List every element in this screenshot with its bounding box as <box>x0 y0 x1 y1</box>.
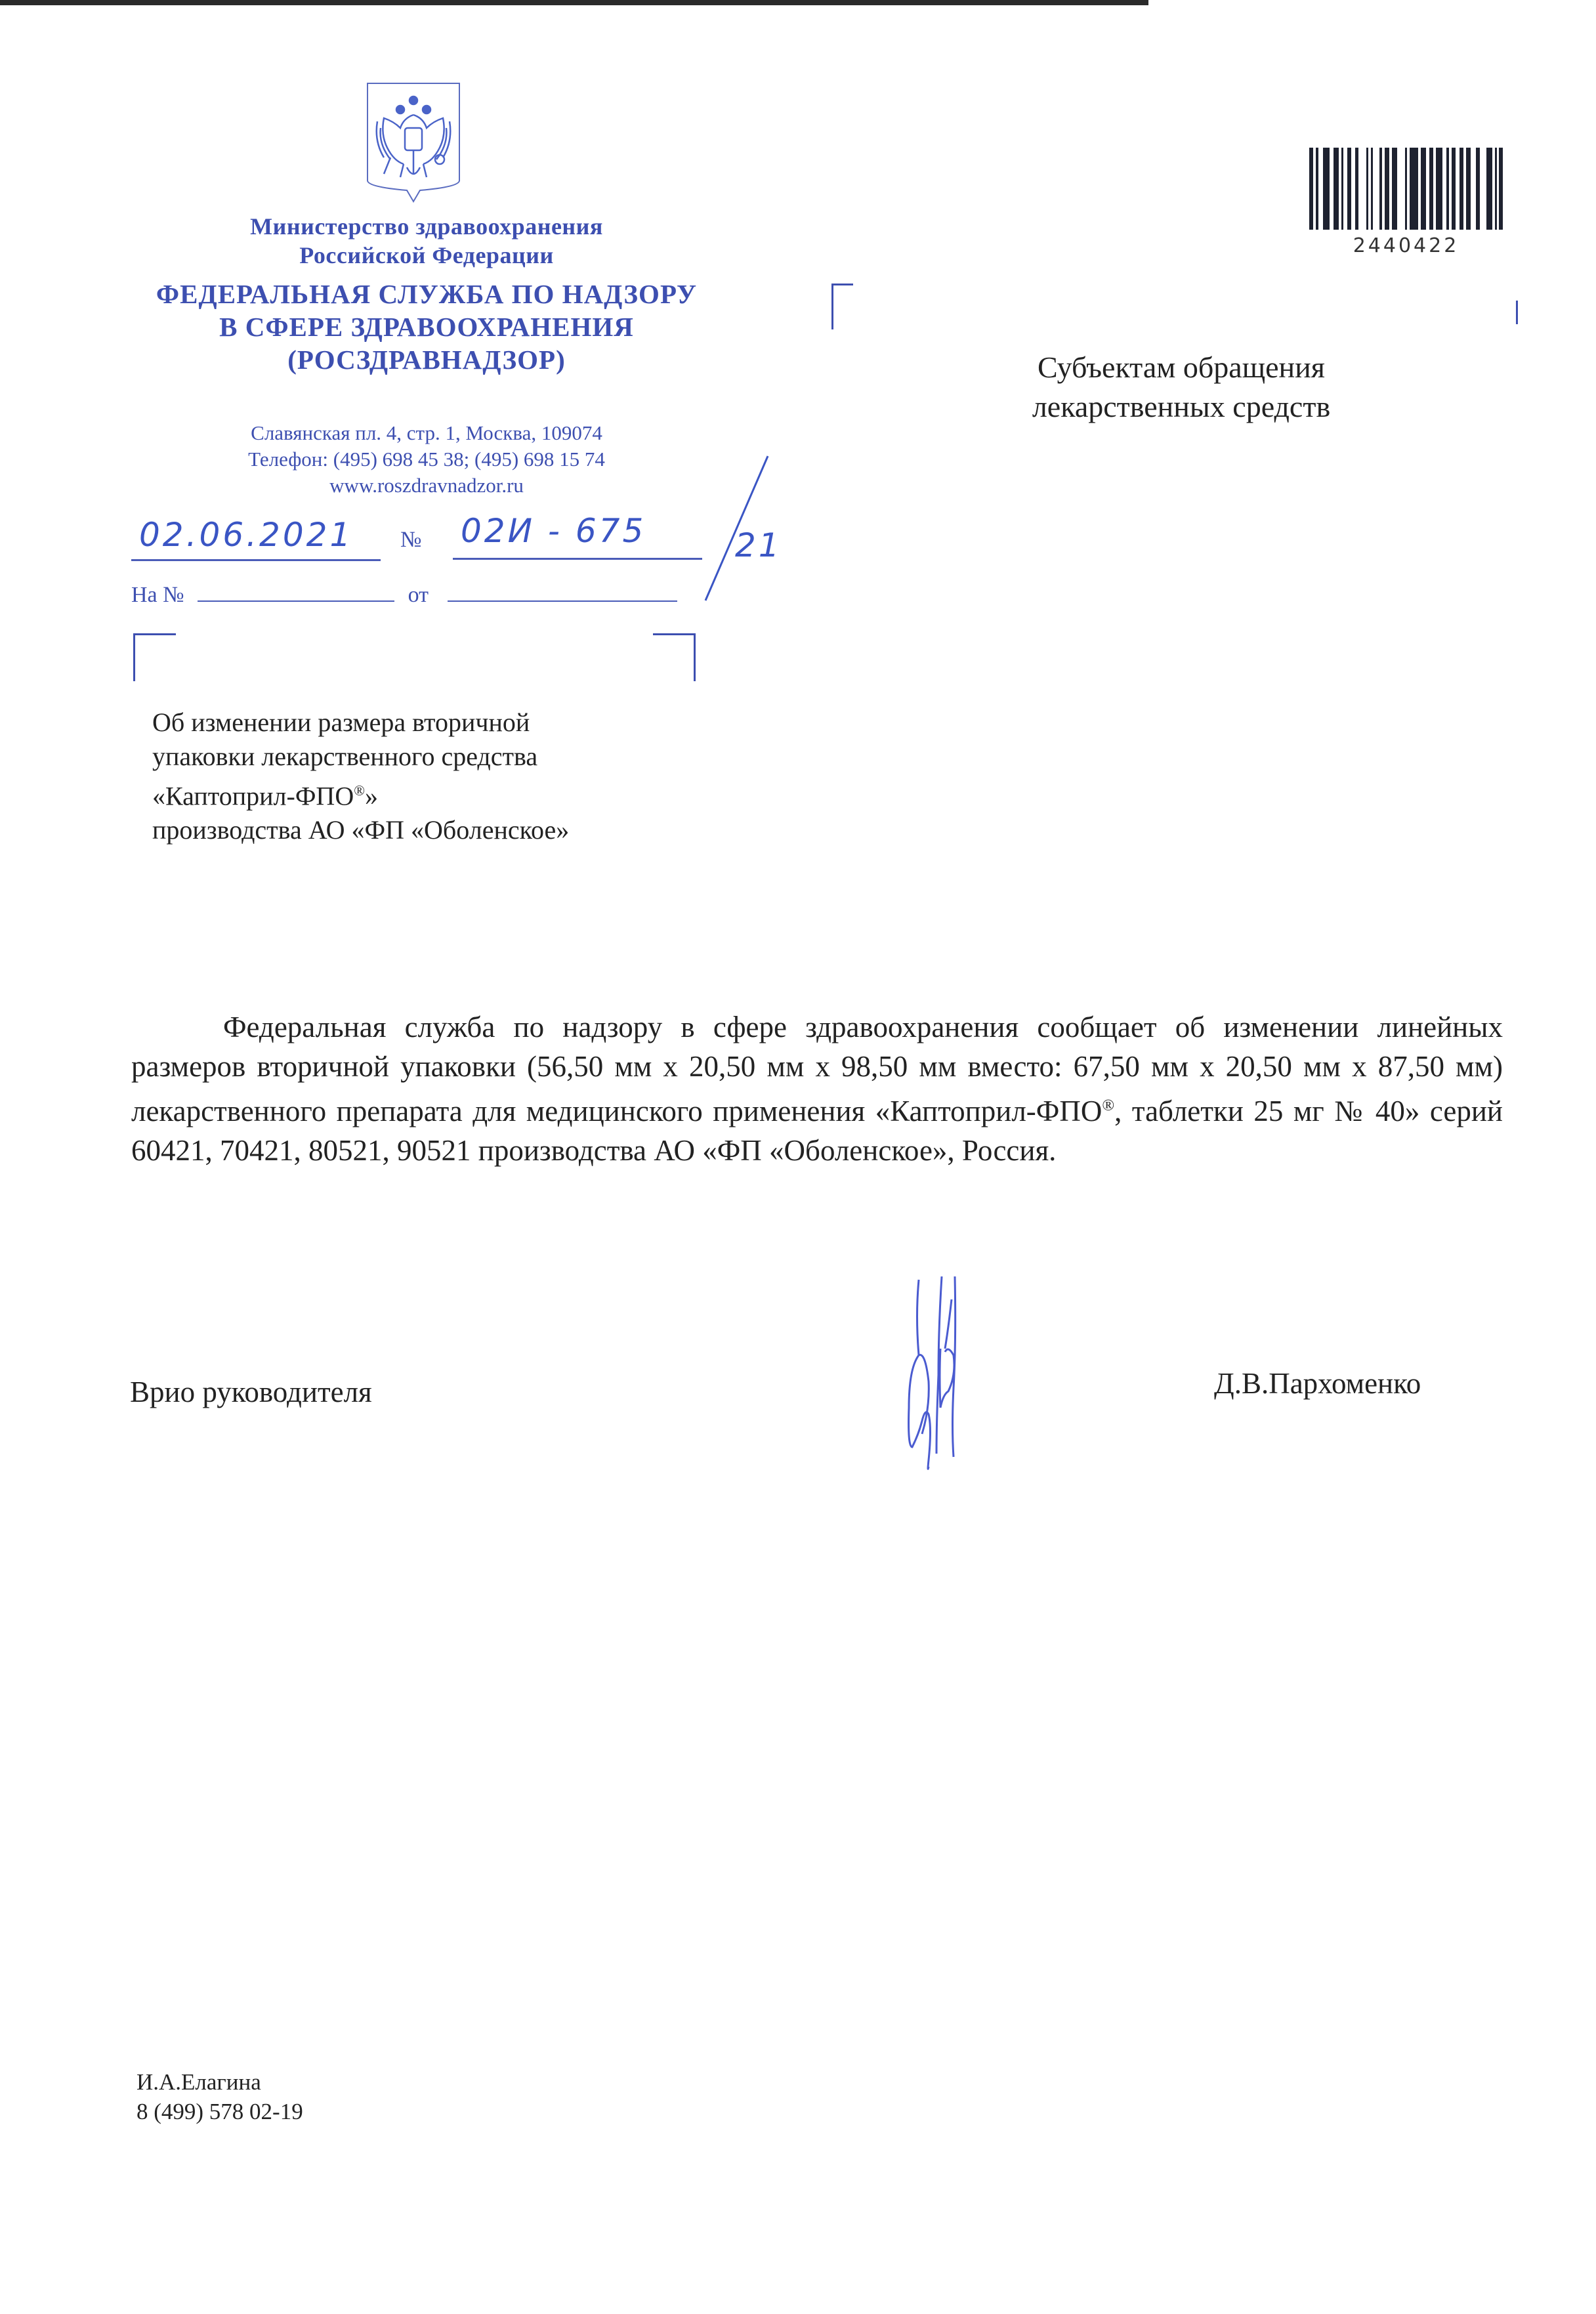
addressee-block: Субъектам обращения лекарственных средст… <box>971 348 1391 427</box>
signatory-role: Врио руководителя <box>130 1375 372 1409</box>
reply-reference-line: На № от <box>131 581 677 608</box>
subject-line-1: Об изменении размера вторичной <box>152 705 569 740</box>
subject-quote-close: » <box>365 781 378 810</box>
phone-text: Телефон: (495) 698 45 38; (495) 698 15 7… <box>98 446 755 473</box>
reply-number-label: На № <box>131 583 184 607</box>
subject-drug-name: «Каптоприл-ФПО <box>152 781 354 810</box>
letterhead-contacts: Славянская пл. 4, стр. 1, Москва, 109074… <box>98 420 755 499</box>
service-name: ФЕДЕРАЛЬНАЯ СЛУЖБА ПО НАДЗОРУ В СФЕРЕ ЗД… <box>98 278 755 376</box>
reply-number-field <box>198 581 394 602</box>
subject-block: Об изменении размера вторичной упаковки … <box>152 705 569 847</box>
scan-edge-bar <box>0 0 1148 5</box>
subject-line-3: «Каптоприл-ФПО®» <box>152 774 569 813</box>
handwritten-number: 02И - 675 <box>461 512 646 550</box>
executor-name: И.А.Елагина <box>136 2067 303 2097</box>
number-field: 02И - 675 <box>453 518 702 560</box>
website-link[interactable]: www.roszdravnadzor.ru <box>98 473 755 499</box>
addressee-line-2: лекарственных средств <box>971 387 1391 427</box>
barcode-number: 2440422 <box>1309 234 1503 257</box>
letter-body: Федеральная служба по надзору в сфере зд… <box>131 1007 1503 1170</box>
russian-coat-of-arms-icon <box>364 82 463 203</box>
registration-line: 02.06.2021 № 02И - 675 21 <box>131 518 853 564</box>
addressee-line-1: Субъектам обращения <box>971 348 1391 387</box>
date-field: 02.06.2021 <box>131 518 381 561</box>
subject-line-2: упаковки лекарственного средства <box>152 740 569 774</box>
registered-mark: ® <box>354 782 365 799</box>
subject-corner-right <box>653 633 696 681</box>
number-sign: № <box>400 528 421 553</box>
addressee-corner-left <box>831 284 853 329</box>
ministry-line-1: Министерство здравоохранения <box>98 212 755 241</box>
executor-contact: И.А.Елагина 8 (499) 578 02-19 <box>136 2067 303 2126</box>
signatory-name: Д.В.Пархоменко <box>1214 1366 1421 1400</box>
ministry-line-2: Российской Федерации <box>98 241 755 270</box>
addressee-corner-right <box>1516 301 1519 324</box>
handwritten-signature-icon <box>902 1276 1020 1490</box>
address-text: Славянская пл. 4, стр. 1, Москва, 109074 <box>98 420 755 446</box>
service-line-2: В СФЕРЕ ЗДРАВООХРАНЕНИЯ <box>98 310 755 343</box>
subject-line-4: производства АО «ФП «Оболенское» <box>152 813 569 847</box>
reply-from-label: от <box>408 583 429 607</box>
registered-mark: ® <box>1102 1097 1114 1114</box>
reply-date-field <box>448 581 677 602</box>
subject-corner-left <box>133 633 176 681</box>
handwritten-date: 02.06.2021 <box>139 516 353 554</box>
barcode <box>1309 148 1503 230</box>
service-line-1: ФЕДЕРАЛЬНАЯ СЛУЖБА ПО НАДЗОРУ <box>98 278 755 310</box>
handwritten-number-suffix: 21 <box>735 526 782 564</box>
executor-phone: 8 (499) 578 02-19 <box>136 2097 303 2126</box>
service-line-3: (РОСЗДРАВНАДЗОР) <box>98 343 755 376</box>
ministry-name: Министерство здравоохранения Российской … <box>98 212 755 270</box>
